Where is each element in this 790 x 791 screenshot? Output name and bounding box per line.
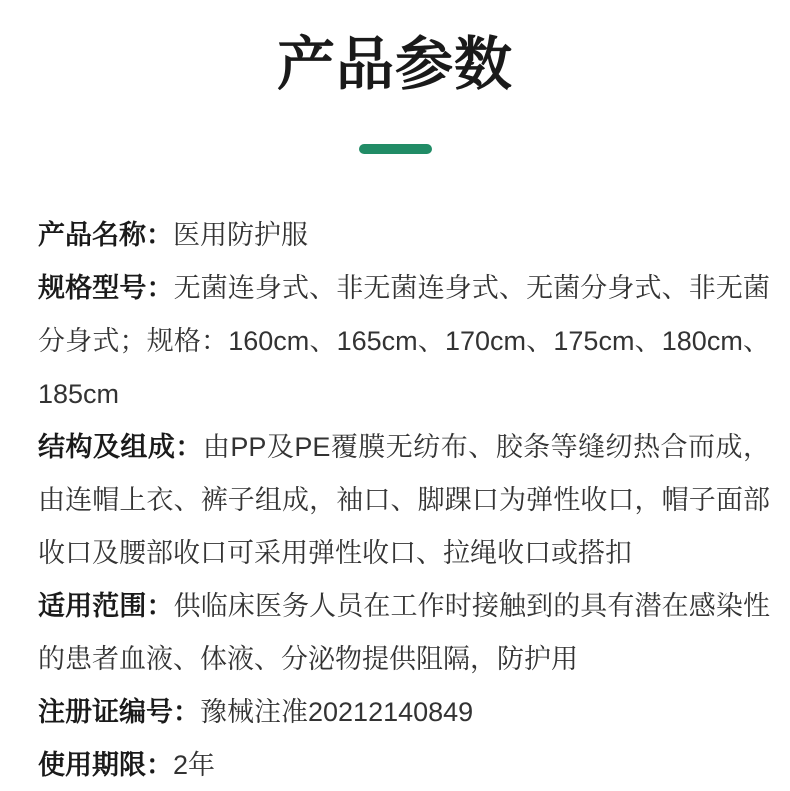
field-product-name-value: 医用防护服	[173, 220, 308, 250]
product-parameters-panel: 产品参数 产品名称：医用防护服 规格型号：无菌连身式、非无菌连身式、无菌分身式、…	[0, 0, 790, 791]
field-validity-period: 使用期限：2年	[38, 739, 770, 791]
field-registration-number-value: 豫械注准20212140849	[200, 697, 473, 727]
field-structure-composition: 结构及组成：由PP及PE覆膜无纺布、胶条等缝纫热合而成，由连帽上衣、裤子组成，袖…	[38, 421, 770, 580]
field-product-name: 产品名称：医用防护服	[38, 209, 770, 262]
field-spec-model: 规格型号：无菌连身式、非无菌连身式、无菌分身式、非无菌分身式；规格：160cm、…	[38, 262, 770, 421]
field-validity-period-value: 2年	[173, 750, 215, 780]
field-product-name-label: 产品名称：	[38, 220, 173, 250]
page-title: 产品参数	[0, 0, 790, 97]
field-registration-number: 注册证编号：豫械注准20212140849	[38, 686, 770, 739]
title-underline-divider	[359, 144, 432, 154]
parameters-list: 产品名称：医用防护服 规格型号：无菌连身式、非无菌连身式、无菌分身式、非无菌分身…	[0, 209, 790, 791]
field-application-scope: 适用范围：供临床医务人员在工作时接触到的具有潜在感染性的患者血液、体液、分泌物提…	[38, 580, 770, 686]
field-application-scope-label: 适用范围：	[38, 591, 174, 621]
field-validity-period-label: 使用期限：	[38, 750, 173, 780]
field-structure-composition-label: 结构及组成：	[38, 432, 203, 462]
field-spec-model-label: 规格型号：	[38, 273, 174, 303]
field-registration-number-label: 注册证编号：	[38, 697, 200, 727]
